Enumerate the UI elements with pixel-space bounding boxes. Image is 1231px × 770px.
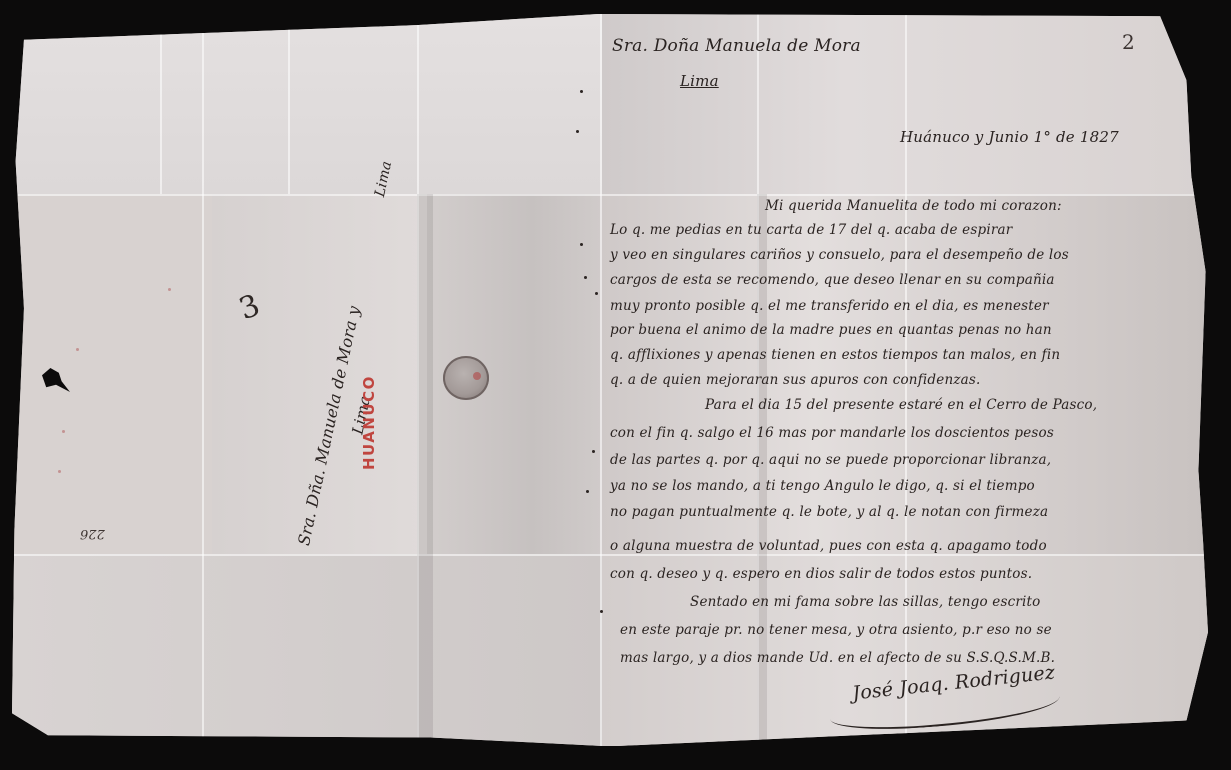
archive-number: 226 — [80, 526, 105, 541]
body-line: o alguna muestra de voluntad, pues con e… — [610, 538, 1047, 554]
background-edge — [0, 746, 1231, 770]
recipient-city: Lima — [680, 72, 719, 90]
fold-line — [600, 14, 602, 750]
pin-hole — [600, 610, 603, 613]
body-line: Lo q. me pedias en tu carta de 17 del q.… — [610, 222, 1012, 238]
fold-line — [288, 14, 290, 194]
body-line: y veo en singulares cariños y consuelo, … — [610, 247, 1069, 263]
red-stain — [76, 348, 79, 351]
body-line: Sentado en mi fama sobre las sillas, ten… — [690, 594, 1040, 610]
pin-hole — [580, 243, 583, 246]
pin-hole — [584, 276, 587, 279]
red-stain — [58, 470, 61, 473]
red-stain — [62, 430, 65, 433]
body-line: con el fin q. salgo el 16 mas por mandar… — [610, 425, 1054, 441]
wax-seal-icon — [443, 356, 489, 400]
body-line: con q. deseo y q. espero en dios salir d… — [610, 566, 1032, 582]
body-line: Mi querida Manuelita de todo mi corazon: — [765, 198, 1062, 214]
date-line: Huánuco y Junio 1° de 1827 — [900, 128, 1119, 146]
red-stain — [168, 288, 171, 291]
body-line: Para el dia 15 del presente estaré en el… — [705, 397, 1097, 413]
fold-line — [12, 194, 1208, 196]
pin-hole — [586, 490, 589, 493]
page-number: 2 — [1122, 30, 1135, 54]
panel-top-left — [12, 14, 602, 194]
body-line: q. afflixiones y apenas tienen en estos … — [610, 347, 1060, 363]
panel-bottom-left — [12, 554, 602, 750]
fold-line — [160, 34, 162, 194]
pin-hole — [592, 450, 595, 453]
recipient-name: Sra. Doña Manuela de Mora — [612, 36, 861, 56]
panel-mid-left — [12, 194, 212, 554]
huanuco-postmark: HUANUCO — [360, 375, 378, 470]
pin-hole — [595, 292, 598, 295]
body-line: q. a de quien mejoraran sus apuros con c… — [610, 372, 981, 388]
fold-line — [12, 554, 1208, 556]
body-line: en este paraje pr. no tener mesa, y otra… — [620, 622, 1052, 638]
pin-hole — [580, 90, 583, 93]
body-line: muy pronto posible q. el me transferido … — [610, 298, 1049, 314]
body-line: por buena el animo de la madre pues en q… — [610, 322, 1052, 338]
body-line: ya no se los mando, a ti tengo Angulo le… — [610, 478, 1035, 494]
photo-stage: 2 Sra. Doña Manuela de Mora Lima Huánuco… — [0, 0, 1231, 770]
body-line: cargos de esta se recomendo, que deseo l… — [610, 272, 1055, 288]
body-line: no pagan puntualmente q. le bote, y al q… — [610, 504, 1048, 520]
body-line: de las partes q. por q. aqui no se puede… — [610, 452, 1051, 468]
fold-line — [202, 14, 204, 750]
body-line: mas largo, y a dios mande Ud. en el afec… — [620, 650, 1055, 666]
pin-hole — [576, 130, 579, 133]
